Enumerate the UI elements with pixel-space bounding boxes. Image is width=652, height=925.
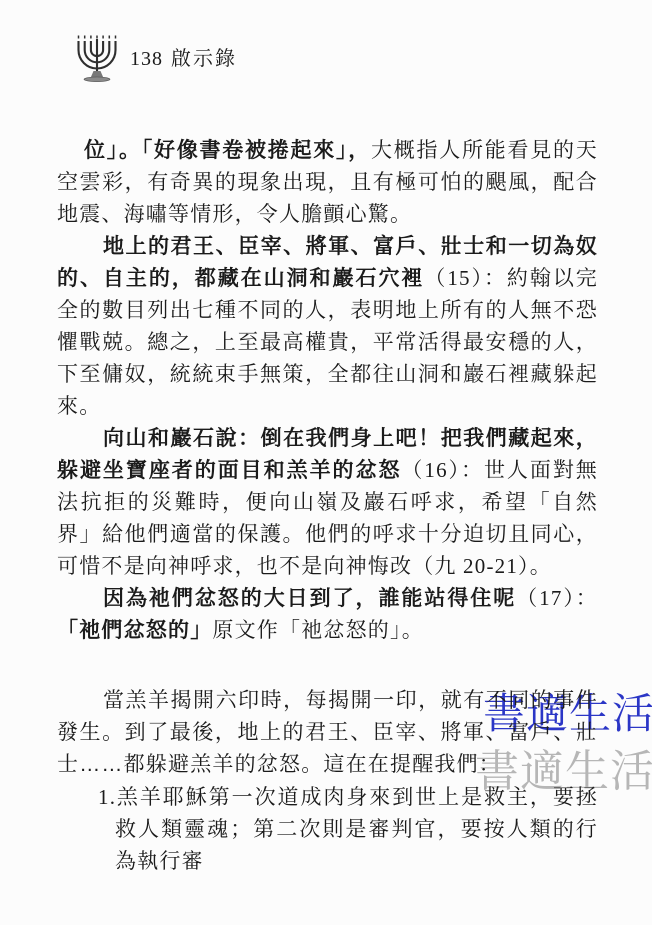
menorah-flames xyxy=(79,36,116,39)
book-title: 啟示錄 xyxy=(171,48,237,70)
paragraph-six-seals-summary: 當羔羊揭開六印時，每揭開一印，就有不同的事件發生。到了最後，地上的君王、臣宰、將… xyxy=(57,685,598,781)
menorah-icon xyxy=(75,34,119,84)
paragraph-verse16-commentary: 向山和巖石說：倒在我們身上吧！把我們藏起來，躲避坐寶座者的面目和羔羊的忿怒（16… xyxy=(57,422,598,582)
list-item-1: 1.羔羊耶穌第一次道成肉身來到世上是救主，要拯救人類靈魂；第二次則是審判官，要按… xyxy=(57,781,598,877)
page-number: 138 xyxy=(130,48,163,70)
text-body: 位」。「好像書卷被捲起來」，大概指人所能看見的天空雲彩，有奇異的現象出現，且有極… xyxy=(57,134,598,877)
book-page: { "page": { "background": "#fcfcfc", "te… xyxy=(0,0,652,925)
paragraph-verse15-commentary: 地上的君王、臣宰、將軍、富戶、壯士和一切為奴的、自主的，都藏在山洞和巖石穴裡（1… xyxy=(57,230,598,422)
running-header: 138啟示錄 xyxy=(130,42,237,71)
paragraph-verse17-commentary: 因為祂們忿怒的大日到了，誰能站得住呢（17）：「祂們忿怒的」原文作「祂忿怒的」。 xyxy=(57,582,598,646)
paragraph-verse14-commentary: 位」。「好像書卷被捲起來」，大概指人所能看見的天空雲彩，有奇異的現象出現，且有極… xyxy=(57,134,598,230)
